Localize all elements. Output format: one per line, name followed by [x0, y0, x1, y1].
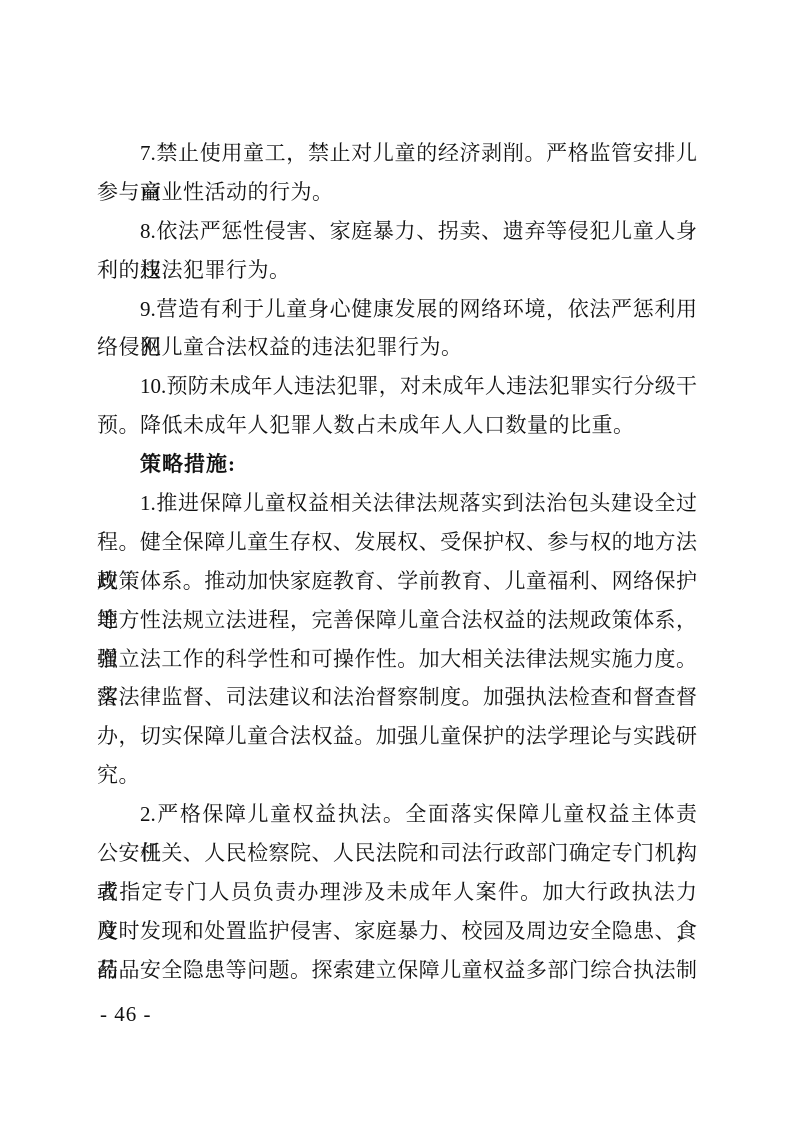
text-line: 1.推进保障儿童权益相关法律法规落实到法治包头建设全过: [97, 484, 697, 523]
text-line: 者指定专门人员负责办理涉及未成年人案件。加大行政执法力度，: [97, 873, 697, 912]
document-body: 7.禁止使用童工，禁止对儿童的经济剥削。严格监管安排儿童参与商业性活动的行为。8…: [97, 134, 697, 990]
text-line: 7.禁止使用童工，禁止对儿童的经济剥削。严格监管安排儿童: [97, 134, 697, 173]
document-page: 7.禁止使用童工，禁止对儿童的经济剥削。严格监管安排儿童参与商业性活动的行为。8…: [0, 0, 794, 1122]
text-line: 8.依法严惩性侵害、家庭暴力、拐卖、遗弃等侵犯儿童人身权: [97, 212, 697, 251]
text-line: 策略措施:: [97, 445, 697, 484]
text-line: 究。: [97, 756, 697, 795]
text-line: 2.严格保障儿童权益执法。全面落实保障儿童权益主体责任，: [97, 795, 697, 834]
text-line: 政策体系。推动加快家庭教育、学前教育、儿童福利、网络保护等: [97, 562, 697, 601]
text-line: 公安机关、人民检察院、人民法院和司法行政部门确定专门机构或: [97, 834, 697, 873]
text-line: 络侵犯儿童合法权益的违法犯罪行为。: [97, 328, 697, 367]
text-line: 地方性法规立法进程，完善保障儿童合法权益的法规政策体系，增: [97, 601, 697, 640]
text-line: 利的违法犯罪行为。: [97, 251, 697, 290]
text-line: 程。健全保障儿童生存权、发展权、受保护权、参与权的地方法规: [97, 523, 697, 562]
text-line: 预。降低未成年人犯罪人数占未成年人人口数量的比重。: [97, 406, 697, 445]
text-line: 实法律监督、司法建议和法治督察制度。加强执法检查和督查督: [97, 678, 697, 717]
text-line: 药品安全隐患等问题。探索建立保障儿童权益多部门综合执法制: [97, 951, 697, 990]
text-line: 9.营造有利于儿童身心健康发展的网络环境，依法严惩利用网: [97, 290, 697, 329]
text-line: 10.预防未成年人违法犯罪，对未成年人违法犯罪实行分级干: [97, 367, 697, 406]
page-number: - 46 -: [100, 1001, 152, 1027]
text-line: 参与商业性活动的行为。: [97, 173, 697, 212]
text-line: 及时发现和处置监护侵害、家庭暴力、校园及周边安全隐患、食品: [97, 912, 697, 951]
text-line: 强立法工作的科学性和可操作性。加大相关法律法规实施力度。落: [97, 640, 697, 679]
text-line: 办，切实保障儿童合法权益。加强儿童保护的法学理论与实践研: [97, 717, 697, 756]
